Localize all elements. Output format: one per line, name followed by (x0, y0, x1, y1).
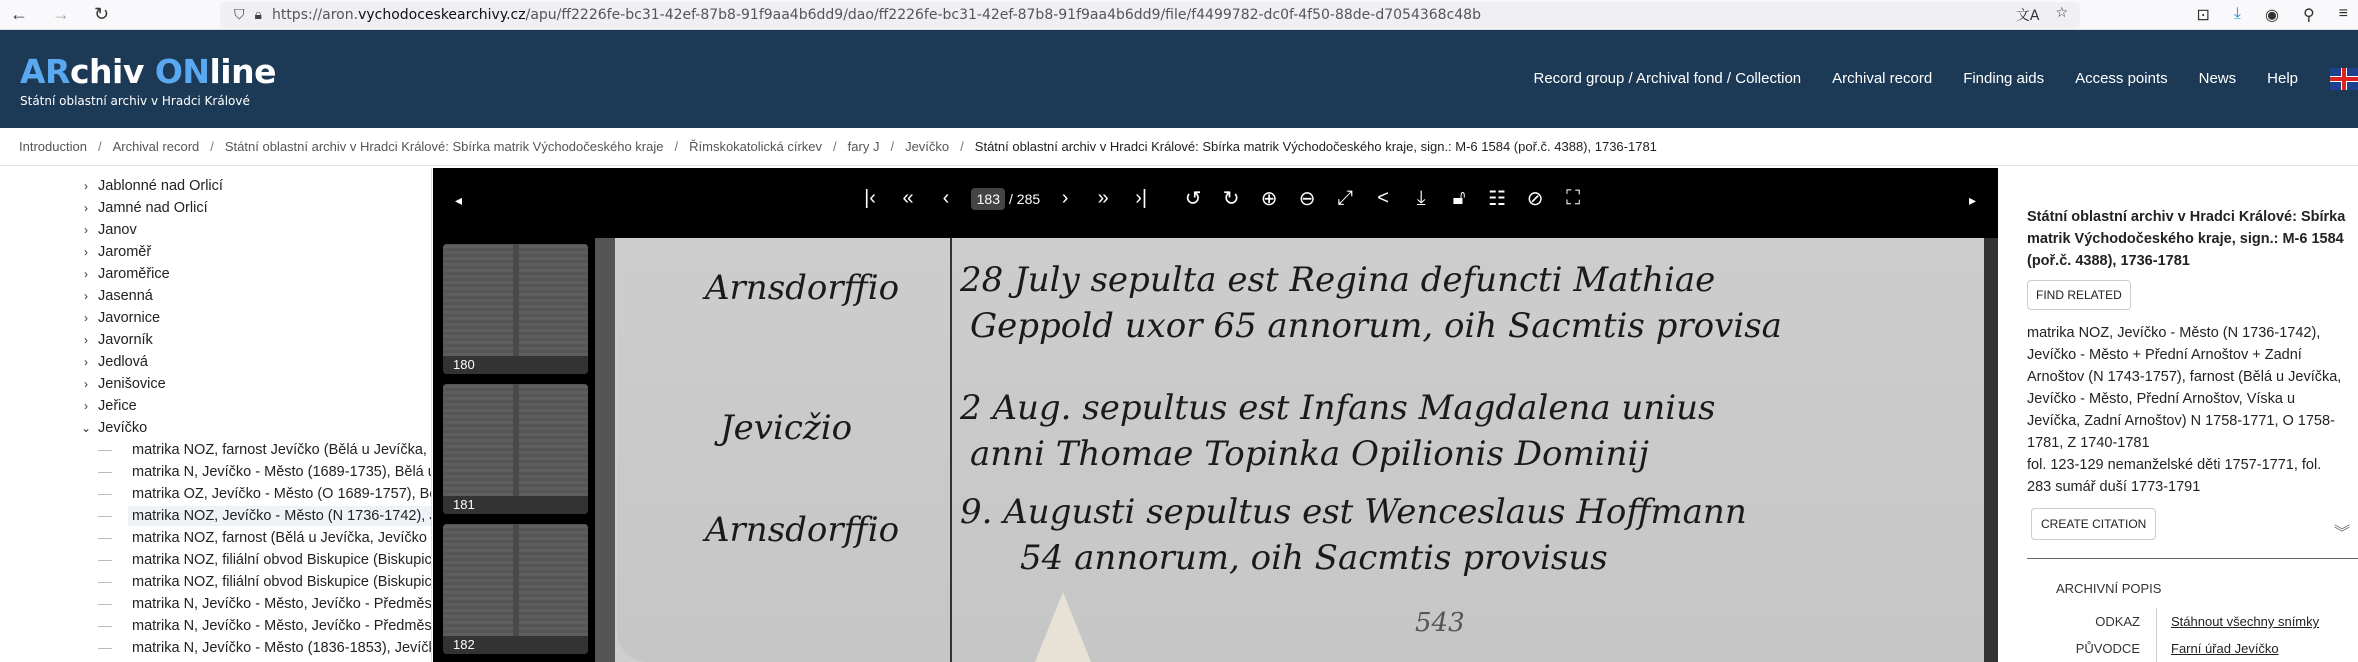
bookmark-star-icon[interactable]: ☆ (2055, 5, 2068, 25)
breadcrumb-current: Státní oblastní archiv v Hradci Králové:… (975, 139, 1657, 154)
thumbnail[interactable]: 181 (443, 384, 588, 514)
rotate-left-icon[interactable]: ↺ (1174, 186, 1212, 211)
extensions-icon[interactable]: ⚲ (2303, 5, 2315, 25)
shield-icon[interactable]: ⛉ (234, 7, 245, 23)
tree-item[interactable]: ›Jamné nad Orlicí (0, 197, 431, 219)
divider (2027, 558, 2358, 559)
chevron-right-icon[interactable]: › (74, 245, 98, 259)
breadcrumb-fond[interactable]: Státní oblastní archiv v Hradci Králové:… (225, 139, 664, 154)
tree-leaf[interactable]: matrika NOZ, filiální obvod Biskupice (B… (0, 571, 431, 593)
chevron-right-icon[interactable]: › (74, 333, 98, 347)
forward-icon[interactable]: → (52, 4, 70, 25)
tree-item[interactable]: ›Jablonné nad Orlicí (0, 175, 431, 197)
tree-leaf[interactable]: matrika NOZ, farnost (Bělá u Jevíčka, Je… (0, 527, 431, 549)
fit-screen-icon[interactable]: ⤢ (1326, 187, 1364, 210)
tree-item[interactable]: ›Jeřice (0, 395, 431, 417)
chevron-right-icon[interactable]: › (74, 223, 98, 237)
find-related-button[interactable]: FIND RELATED (2027, 280, 2131, 310)
viewer-toolbar: ◂ |‹ « ‹ 183 / 285 › » ›| ↺ ↻ ⊕ ⊖ ⤢ < ⤓ … (433, 168, 1998, 234)
collapse-right-icon[interactable]: ▸ (1969, 192, 1976, 209)
chevron-right-icon[interactable]: › (74, 201, 98, 215)
tree-leaf[interactable]: matrika N, Jevíčko - Město, Jevíčko - Př… (0, 615, 431, 637)
tree-leaf-selected[interactable]: matrika NOZ, Jevíčko - Město (N 1736-174… (0, 505, 431, 527)
site-header: ARchiv ONline Státní oblastní archiv v H… (0, 30, 2358, 128)
unlock-icon[interactable]: 🔓︎ (1440, 187, 1478, 210)
lock-icon[interactable]: 🔒︎ (255, 7, 262, 23)
tree-leaf[interactable]: matrika NOZ, farnost Jevíčko (Bělá u Jev… (0, 439, 431, 461)
browser-toolbar: ← → ↻ ⛉ 🔒︎ https://aron.vychodoceskearch… (0, 0, 2358, 30)
fast-back-icon[interactable]: « (889, 187, 927, 210)
last-page-icon[interactable]: ›| (1122, 187, 1160, 210)
metadata-table: ODKAZ Stáhnout všechny snímky PŮVODCE Fa… (2027, 608, 2319, 662)
back-icon[interactable]: ← (10, 4, 28, 25)
breadcrumb-jevicko[interactable]: Jevíčko (905, 139, 949, 154)
url-prefix: https://aron. (272, 7, 358, 23)
chevron-right-icon[interactable]: › (74, 399, 98, 413)
breadcrumb-introduction[interactable]: Introduction (19, 139, 87, 154)
language-flag-icon[interactable] (2330, 68, 2358, 90)
collapse-left-icon[interactable]: ◂ (455, 192, 462, 209)
page-input[interactable]: 183 (971, 188, 1005, 210)
thumbnail[interactable]: 180 (443, 244, 588, 374)
tree-leaf[interactable]: matrika OZ, Jevíčko - Město (O 1689-1757… (0, 483, 431, 505)
page-total: / 285 (1009, 191, 1040, 207)
menu-icon[interactable]: ≡ (2339, 5, 2348, 25)
download-icon[interactable]: ⤓ (1402, 187, 1440, 210)
translate-icon[interactable]: 文A (2016, 5, 2040, 25)
site-subtitle: Státní oblastní archiv v Hradci Králové (20, 94, 276, 108)
tree-item[interactable]: ›Jaroměř (0, 241, 431, 263)
share-icon[interactable]: < (1364, 187, 1402, 210)
scanned-page-image[interactable]: Arnsdorffio 28 July sepulta est Regina d… (595, 238, 1998, 662)
image-viewer: ◂ |‹ « ‹ 183 / 285 › » ›| ↺ ↻ ⊕ ⊖ ⤢ < ⤓ … (433, 168, 1998, 662)
chevron-right-icon[interactable]: › (74, 289, 98, 303)
fullscreen-icon[interactable]: ⛶ (1554, 187, 1592, 210)
nav-news[interactable]: News (2199, 70, 2237, 87)
nav-archival-record[interactable]: Archival record (1832, 70, 1932, 87)
nav-help[interactable]: Help (2267, 70, 2298, 87)
zoom-in-icon[interactable]: ⊕ (1250, 186, 1288, 211)
create-citation-button[interactable]: CREATE CITATION (2031, 508, 2156, 540)
record-title: Státní oblastní archiv v Hradci Králové:… (2027, 206, 2347, 272)
tree-leaf[interactable]: matrika N, Jevíčko - Město (1836-1853), … (0, 637, 431, 659)
record-description: matrika NOZ, Jevíčko - Město (N 1736-174… (2027, 322, 2347, 498)
navigator-compass-icon[interactable]: ⊘ (1516, 186, 1554, 211)
chevron-right-icon[interactable]: › (74, 267, 98, 281)
tree-leaf[interactable]: matrika N, Jevíčko - Město, Jevíčko - Př… (0, 593, 431, 615)
pocket-icon[interactable]: ⊡ (2196, 5, 2209, 25)
tree-leaf[interactable]: matrika NOZ, filiální obvod Biskupice (B… (0, 549, 431, 571)
reload-icon[interactable]: ↻ (94, 4, 109, 25)
tree-item[interactable]: ›Jaroměřice (0, 263, 431, 285)
record-detail-panel: Státní oblastní archiv v Hradci Králové:… (1999, 168, 2358, 662)
originator-link[interactable]: Farní úřad Jevíčko (2157, 641, 2279, 656)
tree-item[interactable]: ›Jenišovice (0, 373, 431, 395)
chevron-right-icon[interactable]: › (74, 311, 98, 325)
breadcrumb-archival-record[interactable]: Archival record (113, 139, 200, 154)
downloads-icon[interactable]: ⤓ (2234, 5, 2241, 25)
tree-item-expanded[interactable]: ⌄Jevíčko (0, 417, 431, 439)
tree-leaf[interactable]: matrika N, Jevíčko - Město (1689-1735), … (0, 461, 431, 483)
archive-tree: ›Jablonné nad Orlicí ›Jamné nad Orlicí ›… (0, 168, 432, 662)
section-title: ARCHIVNÍ POPIS (2056, 581, 2161, 596)
tree-item[interactable]: ›Janov (0, 219, 431, 241)
breadcrumb-fary-j[interactable]: fary J (848, 139, 880, 154)
tree-item[interactable]: ›Jasenná (0, 285, 431, 307)
thumbnail-strip: 180 181 182 (433, 234, 593, 662)
breadcrumb-church[interactable]: Římskokatolická církev (689, 139, 822, 154)
address-bar[interactable]: ⛉ 🔒︎ https://aron.vychodoceskearchivy.cz… (220, 2, 2080, 28)
nav-record-group[interactable]: Record group / Archival fond / Collectio… (1533, 70, 1801, 87)
tree-item[interactable]: ›Javorník (0, 329, 431, 351)
site-logo[interactable]: ARchiv ONline Státní oblastní archiv v H… (20, 52, 276, 108)
expand-chevrons-icon[interactable]: ︾ (2334, 520, 2350, 543)
first-page-icon[interactable]: |‹ (851, 187, 889, 210)
account-icon[interactable]: ◉ (2265, 5, 2279, 25)
metadata-row: PŮVODCE Farní úřad Jevíčko (2027, 635, 2319, 662)
tree-item[interactable]: ›Jedlová (0, 351, 431, 373)
metadata-row: ODKAZ Stáhnout všechny snímky (2027, 608, 2319, 635)
breadcrumb: Introduction/ Archival record/ Státní ob… (0, 128, 2358, 166)
url-path: /apu/ff2226fe-bc31-42ef-87b8-91f9aa4b6dd… (526, 7, 1481, 23)
chevron-down-icon[interactable]: ⌄ (74, 421, 98, 435)
chevron-right-icon[interactable]: › (74, 355, 98, 369)
rotate-right-icon[interactable]: ↻ (1212, 186, 1250, 211)
fast-forward-icon[interactable]: » (1084, 187, 1122, 210)
prev-page-icon[interactable]: ‹ (927, 187, 965, 210)
adjust-sliders-icon[interactable]: ☷ (1478, 186, 1516, 211)
main-nav: Record group / Archival fond / Collectio… (1533, 70, 2298, 87)
tree-item[interactable]: ›Javornice (0, 307, 431, 329)
thumbnail[interactable]: 182 (443, 524, 588, 654)
url-domain: vychodoceskearchivy.cz (358, 7, 526, 23)
chevron-right-icon[interactable]: › (74, 179, 98, 193)
nav-finding-aids[interactable]: Finding aids (1963, 70, 2044, 87)
zoom-out-icon[interactable]: ⊖ (1288, 186, 1326, 211)
next-page-icon[interactable]: › (1046, 187, 1084, 210)
download-all-link[interactable]: Stáhnout všechny snímky (2157, 614, 2319, 629)
nav-access-points[interactable]: Access points (2075, 70, 2168, 87)
chevron-right-icon[interactable]: › (74, 377, 98, 391)
